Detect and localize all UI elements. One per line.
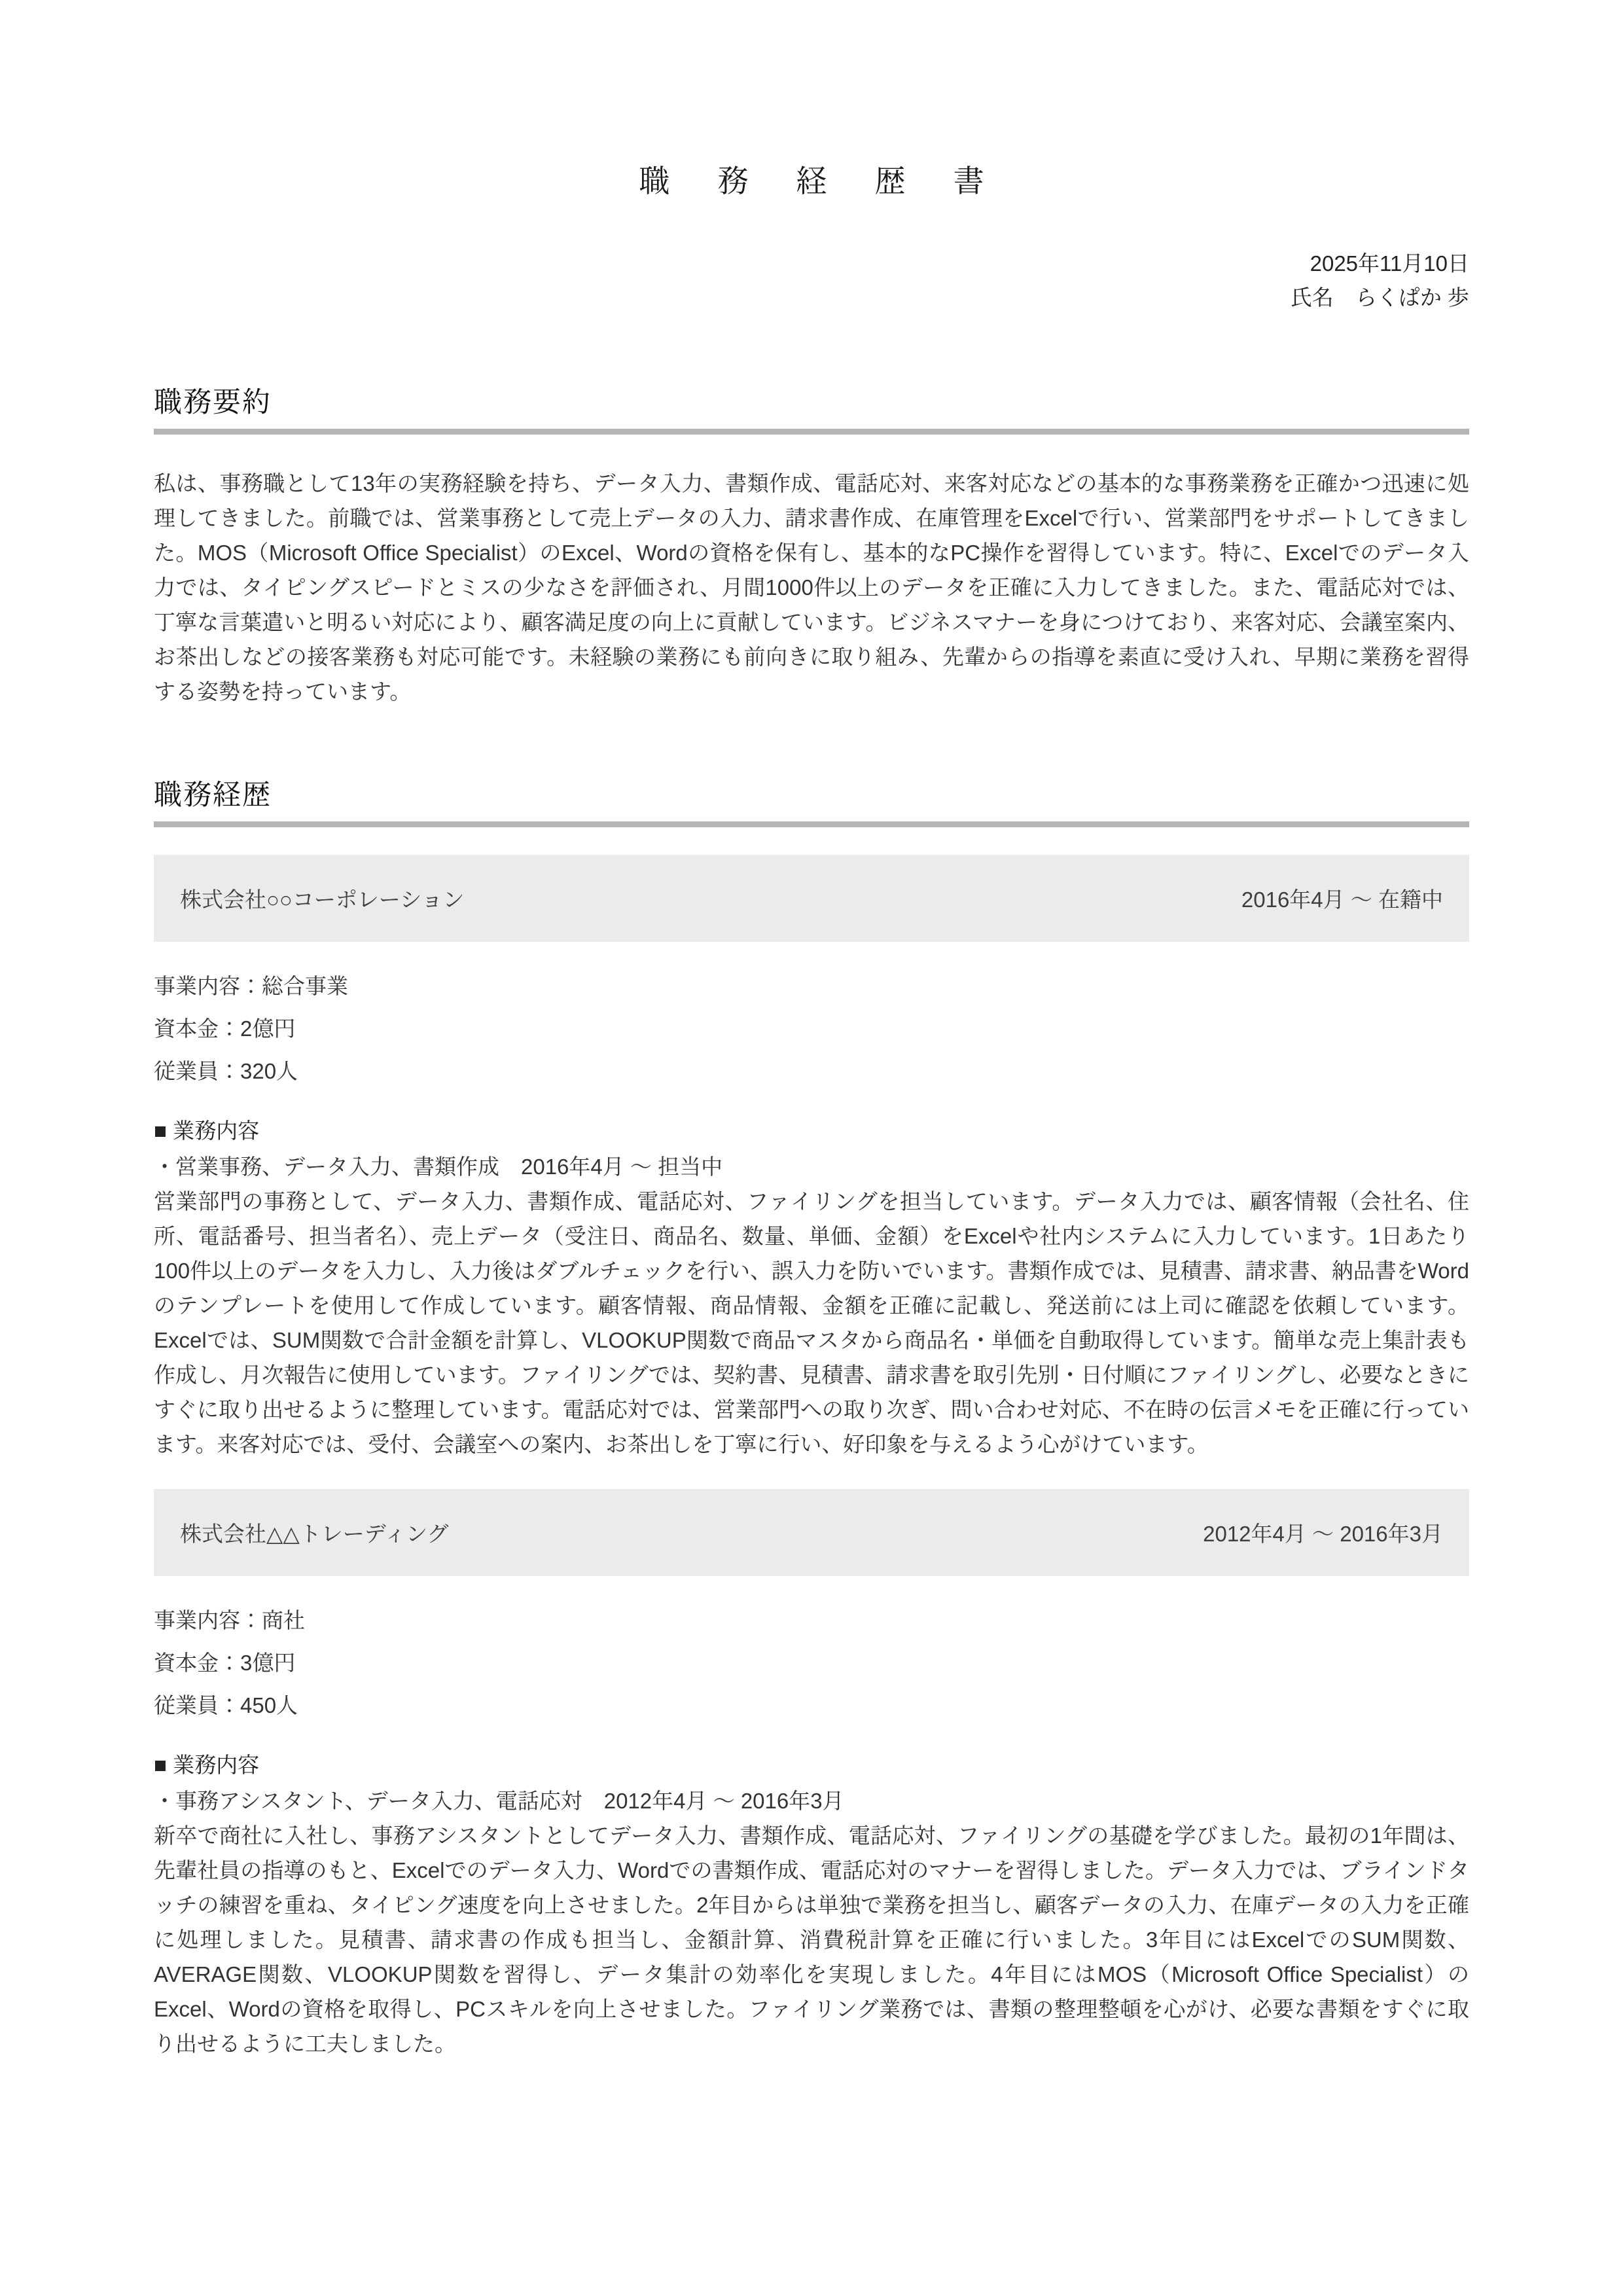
company-business: 事業内容：総合事業 xyxy=(154,969,1469,1003)
company-name: 株式会社△△トレーディング xyxy=(180,1517,448,1548)
role-line: ・事務アシスタント、データ入力、電話応対 2012年4月 〜 2016年3月 xyxy=(154,1784,1469,1818)
company-period: 2016年4月 〜 在籍中 xyxy=(1241,883,1443,914)
company-header: 株式会社○○コーポレーション 2016年4月 〜 在籍中 xyxy=(154,855,1469,942)
career-heading-rule xyxy=(154,821,1469,827)
company-description: 営業部門の事務として、データ入力、書類作成、電話応対、ファイリングを担当していま… xyxy=(154,1184,1469,1462)
company-capital: 資本金：2億円 xyxy=(154,1012,1469,1046)
resume-page: 職 務 経 歴 書 2025年11月10日 氏名 らくぱか 歩 職務要約 私は、… xyxy=(0,0,1623,2296)
company-employees: 従業員：320人 xyxy=(154,1054,1469,1088)
company-details: 事業内容：総合事業 資本金：2億円 従業員：320人 xyxy=(154,969,1469,1088)
career-section: 職務経歴 株式会社○○コーポレーション 2016年4月 〜 在籍中 事業内容：総… xyxy=(154,773,1469,2061)
company-entry: 株式会社△△トレーディング 2012年4月 〜 2016年3月 事業内容：商社 … xyxy=(154,1489,1469,2061)
role-line: ・営業事務、データ入力、書類作成 2016年4月 〜 担当中 xyxy=(154,1149,1469,1184)
document-date: 2025年11月10日 xyxy=(154,247,1469,281)
career-heading: 職務経歴 xyxy=(154,773,1469,813)
company-employees: 従業員：450人 xyxy=(154,1689,1469,1723)
company-entry: 株式会社○○コーポレーション 2016年4月 〜 在籍中 事業内容：総合事業 資… xyxy=(154,855,1469,1462)
duties-heading: ■ 業務内容 xyxy=(154,1113,1469,1148)
company-name: 株式会社○○コーポレーション xyxy=(180,883,465,914)
summary-section: 職務要約 私は、事務職として13年の実務経験を持ち、データ入力、書類作成、電話応… xyxy=(154,380,1469,709)
company-capital: 資本金：3億円 xyxy=(154,1646,1469,1680)
applicant-name: 氏名 らくぱか 歩 xyxy=(154,281,1469,315)
document-title: 職 務 経 歴 書 xyxy=(173,157,1469,201)
company-period: 2012年4月 〜 2016年3月 xyxy=(1203,1517,1443,1548)
summary-paragraph: 私は、事務職として13年の実務経験を持ち、データ入力、書類作成、電話応対、来客対… xyxy=(154,466,1469,709)
company-header: 株式会社△△トレーディング 2012年4月 〜 2016年3月 xyxy=(154,1489,1469,1576)
company-business: 事業内容：商社 xyxy=(154,1604,1469,1638)
summary-heading-rule xyxy=(154,429,1469,435)
summary-heading: 職務要約 xyxy=(154,380,1469,420)
header-meta: 2025年11月10日 氏名 らくぱか 歩 xyxy=(154,247,1469,315)
company-description: 新卒で商社に入社し、事務アシスタントとしてデータ入力、書類作成、電話応対、ファイ… xyxy=(154,1818,1469,2061)
company-details: 事業内容：商社 資本金：3億円 従業員：450人 xyxy=(154,1604,1469,1723)
duties-heading: ■ 業務内容 xyxy=(154,1748,1469,1782)
